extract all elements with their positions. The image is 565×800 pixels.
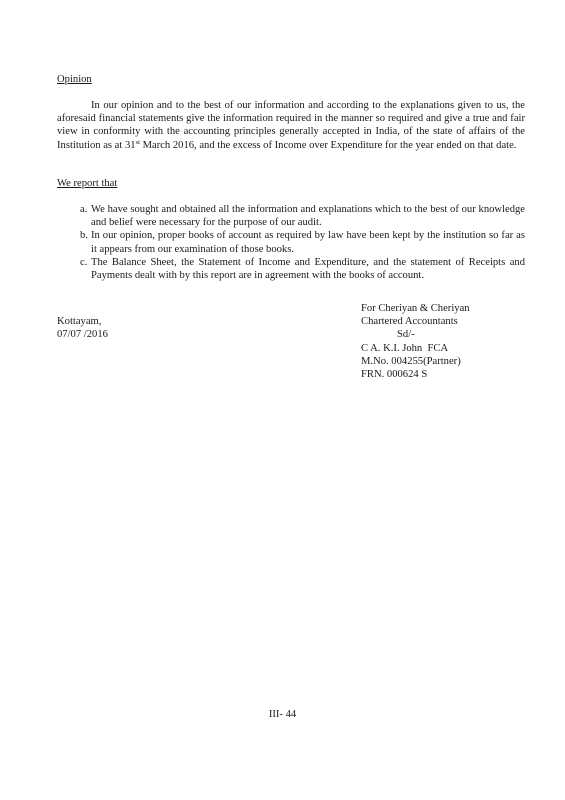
- signature-block: For Cheriyan & Cheriyan Chartered Accoun…: [361, 302, 470, 381]
- firm-designation: Chartered Accountants: [361, 315, 470, 328]
- report-heading: We report that: [57, 177, 117, 190]
- place: Kottayam,: [57, 315, 108, 328]
- list-item-text: The Balance Sheet, the Statement of Inco…: [91, 257, 525, 281]
- signed-mark: Sd/-: [361, 328, 470, 341]
- signatory-name: C A. K.I. John FCA: [361, 342, 470, 355]
- list-marker: b.: [80, 229, 88, 242]
- list-item: c. The Balance Sheet, the Statement of I…: [80, 256, 525, 282]
- opinion-heading: Opinion: [57, 73, 92, 86]
- list-item-text: In our opinion, proper books of account …: [91, 230, 525, 254]
- opinion-text-part2: March 2016, and the excess of Income ove…: [140, 140, 517, 151]
- list-item-text: We have sought and obtained all the info…: [91, 204, 525, 228]
- page-number: III- 44: [0, 708, 565, 721]
- opinion-paragraph: In our opinion and to the best of our in…: [57, 99, 525, 152]
- membership-number: M.No. 004255(Partner): [361, 355, 470, 368]
- list-marker: c.: [80, 256, 87, 269]
- report-list: a. We have sought and obtained all the i…: [80, 203, 525, 282]
- list-item: b. In our opinion, proper books of accou…: [80, 229, 525, 255]
- firm-name: For Cheriyan & Cheriyan: [361, 302, 470, 315]
- list-item: a. We have sought and obtained all the i…: [80, 203, 525, 229]
- document-page: Opinion In our opinion and to the best o…: [0, 0, 565, 800]
- list-marker: a.: [80, 203, 87, 216]
- date: 07/07 /2016: [57, 328, 108, 341]
- firm-registration-number: FRN. 000624 S: [361, 368, 470, 381]
- place-date-block: Kottayam, 07/07 /2016: [57, 315, 108, 341]
